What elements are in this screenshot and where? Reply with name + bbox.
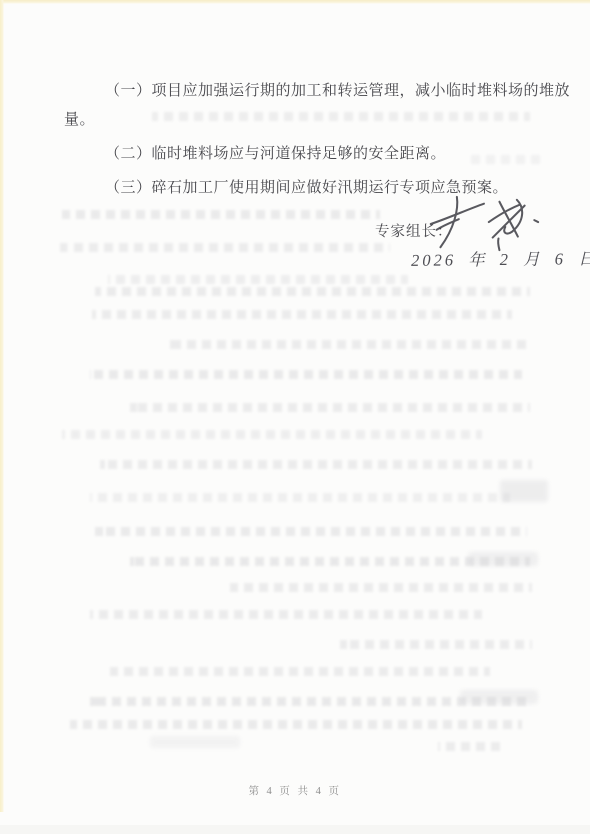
bleedthrough-line <box>70 720 522 729</box>
bleedthrough-line <box>62 210 380 219</box>
page-number-footer: 第 4 页 共 4 页 <box>0 783 590 798</box>
paragraph: （一）项目应加强运行期的加工和转运管理，减小临时堆料场的堆放 量。 <box>64 77 546 135</box>
bleedthrough-line <box>60 243 390 252</box>
scan-edge-top <box>0 0 590 4</box>
bleedthrough-blob <box>460 690 538 704</box>
bleedthrough-line <box>92 310 512 319</box>
bleedthrough-line <box>90 697 532 706</box>
bleedthrough-line <box>95 527 527 536</box>
bleedthrough-line <box>90 370 522 379</box>
bleedthrough-line <box>110 667 490 676</box>
document-body: （一）项目应加强运行期的加工和转运管理，减小临时堆料场的堆放 量。 （二）临时堆… <box>64 77 546 203</box>
bleedthrough-blob <box>500 480 548 502</box>
bleedthrough-line <box>340 640 532 649</box>
bleedthrough-blob <box>150 736 240 748</box>
bleedthrough-line <box>170 340 532 349</box>
bleedthrough-blob <box>468 552 538 566</box>
bleedthrough-line <box>130 403 530 412</box>
handwritten-date: 2026 年 2 月 6 日 <box>411 245 590 271</box>
bleedthrough-line <box>95 287 530 296</box>
paragraph-line: 量。 <box>64 106 546 135</box>
bleedthrough-line <box>108 275 408 284</box>
bleedthrough-line <box>62 430 482 439</box>
scanned-document-page: { "page": { "background": "#fcfcfb", "ed… <box>0 0 590 834</box>
bleedthrough-line <box>130 557 530 566</box>
scan-edge-left <box>0 0 4 812</box>
paragraph: （二）临时堆料场应与河道保持足够的安全距离。 <box>64 140 546 169</box>
scan-edge-bottom <box>0 825 590 834</box>
bleedthrough-line <box>90 610 482 619</box>
paragraph-line: （二）临时堆料场应与河道保持足够的安全距离。 <box>64 140 546 169</box>
bleedthrough-line <box>90 493 510 502</box>
bleedthrough-line <box>100 460 532 469</box>
bleedthrough-line <box>438 742 500 751</box>
bleedthrough-line <box>230 583 532 592</box>
paragraph-line: （一）项目应加强运行期的加工和转运管理，减小临时堆料场的堆放 <box>64 77 546 106</box>
